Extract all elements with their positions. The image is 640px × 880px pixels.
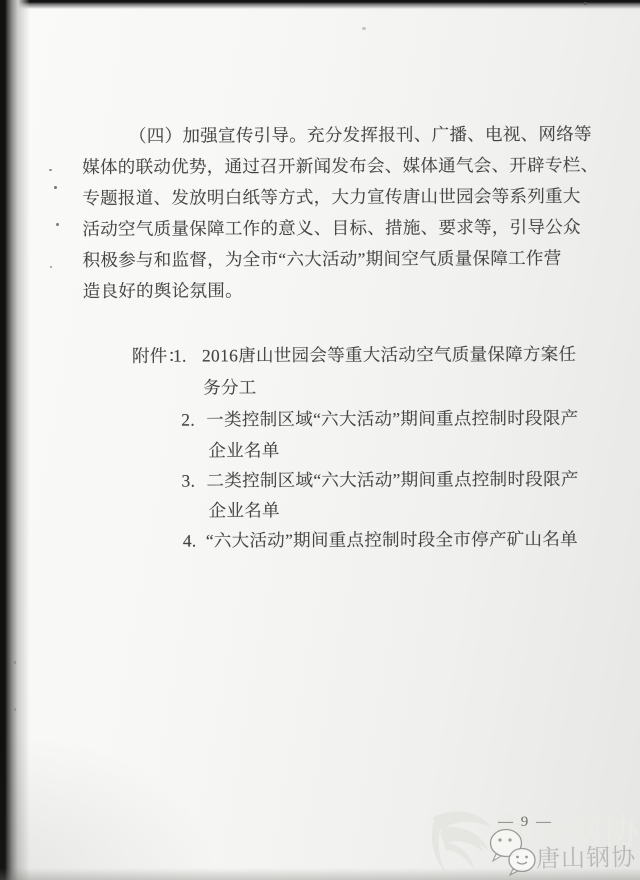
document-body: （四）加强宣传引导。充分发挥报刊、广播、电视、网络等 媒体的联动优势，通过召开新…: [0, 0, 640, 880]
paragraph-line: 活动空气质量保障工作的意义、目标、措施、要求等，引导公众: [82, 212, 597, 245]
scan-speck: [14, 661, 16, 664]
attachment-item-number: 3.: [181, 471, 195, 491]
scan-speck: [49, 169, 52, 171]
attachment-item-text: 务分工: [203, 377, 256, 397]
attachment-item-text: 企业名单: [208, 440, 279, 460]
scan-speck: [362, 27, 366, 30]
attachment-item-text: 2016唐山世园会等重大活动空气质量保障方案任: [202, 344, 576, 366]
paragraph-line: 专题报道、发放明白纸等方式，大力宣传唐山世园会等系列重大: [82, 181, 597, 214]
scan-speck: [54, 186, 57, 189]
attachment-item-number: 4.: [183, 531, 197, 551]
scan-speck: [50, 266, 52, 268]
scan-speck: [56, 223, 59, 226]
attachment-item-number: 1.: [173, 346, 187, 366]
paragraph-line: （四）加强宣传引导。充分发挥报刊、广播、电视、网络等: [82, 119, 597, 152]
paragraph-line: 媒体的联动优势，通过召开新闻发布会、媒体通气会、开辟专栏、: [82, 150, 597, 183]
paragraph-section-4: （四）加强宣传引导。充分发挥报刊、广播、电视、网络等 媒体的联动优势，通过召开新…: [82, 119, 598, 307]
scan-speck: [584, 2, 587, 5]
attachment-item-text: “六大活动”期间重点控制时段全市停产矿山名单: [206, 529, 578, 551]
attachment-item-number: 2.: [181, 410, 195, 430]
scanned-document-page: （四）加强宣传引导。充分发挥报刊、广播、电视、网络等 媒体的联动优势，通过召开新…: [0, 0, 640, 880]
attachment-item-text: 企业名单: [209, 500, 280, 520]
paragraph-line: 造良好的舆论氛围。: [83, 274, 598, 307]
scan-speck: [14, 708, 16, 711]
paragraph-line: 积极参与和监督，为全市“六大活动”期间空气质量保障工作营: [83, 243, 598, 276]
attachment-item-text: 一类控制区域“六大活动”期间重点控制时段限产: [206, 408, 578, 430]
attachment-item-text: 二类控制区域“六大活动”期间重点控制时段限产: [206, 469, 578, 491]
